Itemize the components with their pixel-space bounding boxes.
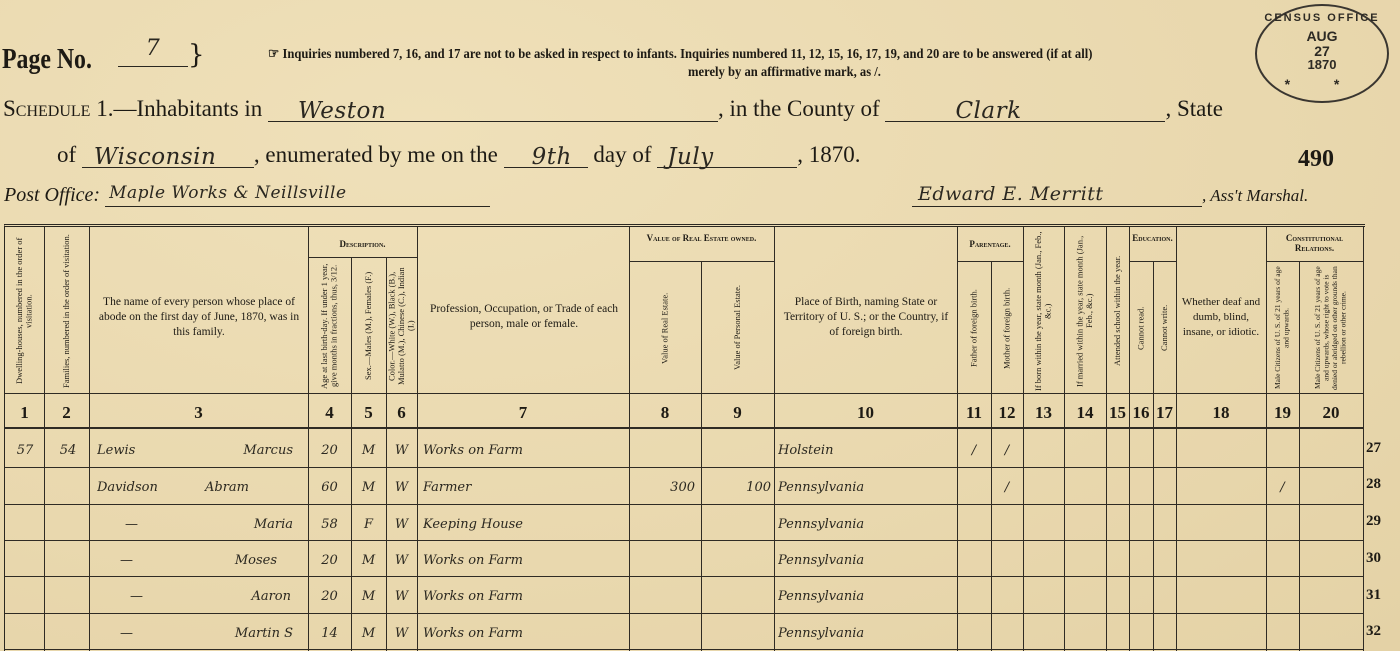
col-header-vote-denied: Male Citizens of U. S. of 21 years of ag… [1299,265,1363,391]
enumeration-line: of Wisconsin, enumerated by me on the 9t… [57,142,861,168]
col-number-8: 8 [629,399,701,427]
year-label: , 1870. [797,142,860,167]
real-estate-value [629,437,697,463]
page-number-value: 7 [118,36,188,67]
col-header-male-citizens: Male Citizens of U. S. of 21 years of ag… [1266,265,1299,391]
given-name: Abram [195,473,305,501]
surname-ditto: — [120,546,180,574]
inquiry-note-line2: merely by an affirmative mark, as /. [688,65,881,81]
state-label: , State [1165,96,1223,121]
birthplace: Holstein [778,437,953,463]
sex: F [351,510,386,538]
schedule-label: Schedule 1. [3,96,113,121]
brace-ornament: } [188,40,205,70]
occupation: Keeping House [423,510,623,538]
state-value: Wisconsin [82,144,254,168]
col-header-personal-estate: Value of Personal Estate. [701,265,774,391]
line-number: 30 [1366,550,1381,567]
col-header-real-estate: Value of Real Estate. [629,265,701,391]
group-description: Description. [308,239,417,249]
sex: M [351,437,386,463]
age: 20 [308,546,351,574]
col-header-deaf-blind: Whether deaf and dumb, blind, insane, or… [1179,247,1263,387]
color: W [386,510,417,538]
col-number-4: 4 [308,399,351,427]
line-number: 27 [1366,440,1381,457]
col-number-15: 15 [1106,399,1129,427]
sex: M [351,619,386,647]
col-header-occupation: Profession, Occupation, or Trade of each… [425,247,623,387]
col-number-19: 19 [1266,399,1299,427]
col-header-cannot-write: Cannot write. [1153,265,1176,391]
citizen-mark: / [1266,473,1299,501]
sex: M [351,473,386,501]
day-value: 9th [504,144,588,168]
birthplace: Pennsylvania [778,582,953,610]
col-number-5: 5 [351,399,386,427]
post-office-line: Post Office: Maple Works & Neillsville [4,183,490,207]
occupation: Works on Farm [423,546,623,574]
col-header-mother-foreign: Mother of foreign birth. [991,265,1023,391]
col-number-1: 1 [5,399,44,427]
line-number: 28 [1366,476,1381,493]
personal-estate-value: 100 [701,473,771,501]
birthplace: Pennsylvania [778,473,953,501]
line-number: 29 [1366,513,1381,530]
county-label: , in the County of [718,96,880,121]
age: 20 [308,437,351,463]
group-parentage: Parentage. [957,239,1023,249]
age: 14 [308,619,351,647]
inquiry-note-line1: ☞ Inquiries numbered 7, 16, and 17 are n… [268,46,1092,63]
stamp-stars: * * [1257,76,1387,92]
census-office-stamp: CENSUS OFFICE AUG 27 1870 * * [1255,4,1389,103]
surname: Lewis [97,437,187,463]
age: 58 [308,510,351,538]
post-office-label: Post Office: [4,184,100,206]
col-header-sex: Sex.—Males (M.), Females (F.) [351,261,386,391]
col-number-18: 18 [1176,399,1266,427]
occupation: Farmer [423,473,623,501]
of-label: of [57,142,76,167]
col-number-3: 3 [89,399,308,427]
mother-foreign-mark: / [991,473,1023,501]
stamp-month: AUG [1257,28,1387,44]
col-number-9: 9 [701,399,774,427]
col-number-11: 11 [957,399,991,427]
citizen-mark [1266,437,1299,463]
birthplace: Pennsylvania [778,510,953,538]
age: 20 [308,582,351,610]
col-header-birthplace: Place of Birth, naming State or Territor… [780,247,952,387]
real-estate-value: 300 [629,473,695,501]
age: 60 [308,473,351,501]
col-header-attended-school: Attended school within the year. [1106,231,1129,391]
birthplace: Pennsylvania [778,546,953,574]
mother-foreign-mark: / [991,437,1023,463]
col-header-age: Age at last birth-day. If under 1 year, … [308,261,351,391]
marshal-signature: Edward E. Merritt [912,183,1202,207]
page-number-label: Page No. [2,44,92,76]
col-header-color: Color.—White (W.), Black (B.), Mulatto (… [386,261,417,391]
post-office-value: Maple Works & Neillsville [105,183,490,207]
occupation: Works on Farm [423,582,623,610]
group-constitutional-relations: Constitutional Relations. [1266,233,1363,253]
birthplace: Pennsylvania [778,619,953,647]
sex: M [351,546,386,574]
col-number-17: 17 [1153,399,1176,427]
col-header-father-foreign: Father of foreign birth. [957,265,991,391]
sex: M [351,582,386,610]
surname-ditto: — [125,510,185,538]
color: W [386,582,417,610]
col-number-2: 2 [44,399,89,427]
given-name: Moses [195,546,305,574]
father-foreign-mark: / [957,437,991,463]
color: W [386,473,417,501]
line-number: 32 [1366,623,1381,640]
father-foreign-mark [957,473,991,501]
col-number-12: 12 [991,399,1023,427]
col-number-14: 14 [1064,399,1106,427]
given-name: Marcus [195,437,305,463]
given-name: Aaron [195,582,305,610]
dwelling-number: 57 [7,437,43,463]
surname-ditto: — [120,619,180,647]
marshal-label: , Ass't Marshal. [1202,186,1308,205]
schedule-line: Schedule 1.—Inhabitants in Weston, in th… [3,96,1223,122]
sheet-number: 490 [1298,146,1334,173]
given-name: Maria [195,510,305,538]
inhabitants-in-label: —Inhabitants in [113,96,262,121]
given-name: Martin S [195,619,305,647]
census-table: Description. Value of Real Estate owned.… [4,224,1365,651]
col-header-name: The name of every person whose place of … [95,247,303,387]
marshal-line: Edward E. Merritt, Ass't Marshal. [912,183,1308,207]
group-education: Education. [1129,233,1176,243]
col-number-7: 7 [417,399,629,427]
surname-ditto: — [130,582,190,610]
col-header-dwelling: Dwelling-houses, numbered in the order o… [5,231,44,391]
color: W [386,437,417,463]
family-number: 54 [49,437,87,463]
surname: Davidson [97,473,187,501]
enumerated-label: , enumerated by me on the [254,142,498,167]
col-header-born-within-year: If born within the year, state month (Ja… [1023,231,1064,391]
occupation: Works on Farm [423,437,623,463]
col-header-married-within-year: If married within the year, state month … [1064,231,1106,391]
col-number-10: 10 [774,399,957,427]
stamp-top-text: CENSUS OFFICE [1257,12,1387,24]
color: W [386,619,417,647]
group-value-real-estate: Value of Real Estate owned. [629,233,774,243]
color: W [386,546,417,574]
personal-estate-value [701,437,770,463]
month-value: July [657,144,797,168]
col-number-13: 13 [1023,399,1064,427]
col-number-16: 16 [1129,399,1153,427]
col-number-6: 6 [386,399,417,427]
line-number: 31 [1366,587,1381,604]
col-header-family: Families, numbered in the order of visit… [44,231,89,391]
county-value: Clark [885,98,1165,122]
occupation: Works on Farm [423,619,623,647]
stamp-year: 1870 [1257,57,1387,72]
day-of-label: day of [593,142,651,167]
col-number-20: 20 [1299,399,1363,427]
township-value: Weston [268,98,718,122]
col-header-cannot-read: Cannot read. [1129,265,1153,391]
